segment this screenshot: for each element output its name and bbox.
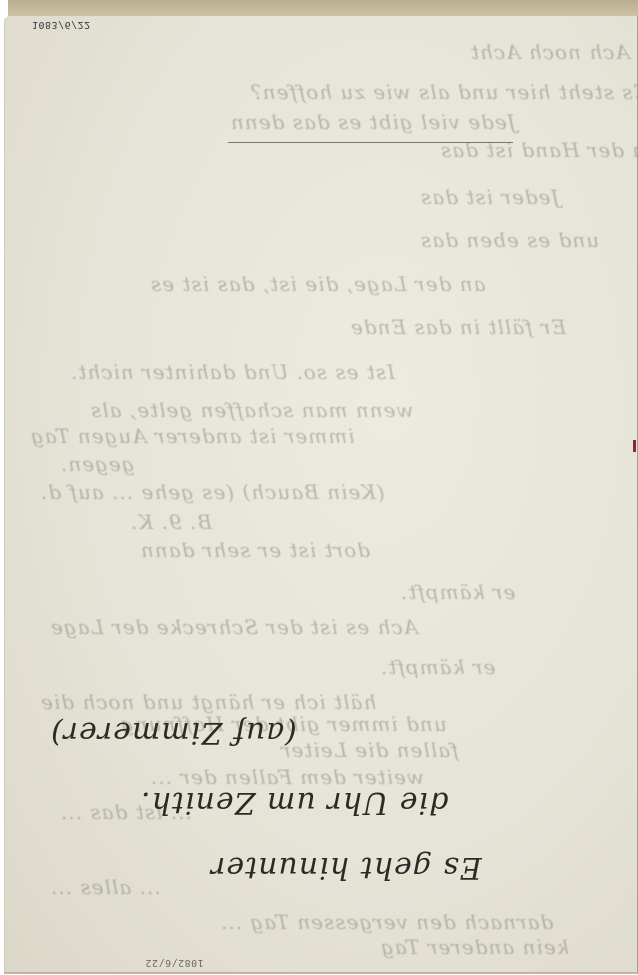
bleedthrough-line: Ach es ist der Schrecke der Lage — [50, 615, 418, 639]
strikethrough-line — [228, 142, 513, 143]
bleedthrough-line: er kämpft. — [400, 580, 515, 604]
ink-line-2: die Uhr um Zenith. — [140, 785, 448, 820]
bleedthrough-line: wenn man schaffen gelte, als — [90, 398, 414, 422]
bleedthrough-line: Es steht hier und als wie zu hoffen? — [250, 80, 638, 104]
bleedthrough-line: Ist es so. Und dahinter nicht. — [70, 360, 395, 384]
ink-line-3: (auf Zimmerer) — [50, 715, 297, 750]
bleedthrough-line: fallen die Leiter — [280, 738, 459, 762]
edge-mark — [633, 440, 636, 452]
bleedthrough-line: darnach den vergessen Tag ... — [220, 910, 553, 934]
bleedthrough-line: Jede viel gibt es das denn — [230, 110, 516, 134]
bleedthrough-line: an der Lage, die ist, das ist es — [150, 272, 486, 296]
bleedthrough-line: Ach noch Acht — [470, 40, 630, 64]
bleedthrough-line: kein anderer Tag — [380, 935, 569, 959]
bleedthrough-line: Jeder ist das — [420, 185, 559, 209]
ink-line-1: Es geht hinunter — [210, 850, 482, 885]
bleedthrough-line: (Kein Bauch) (es gehe ... auf d. — [40, 480, 385, 504]
bleedthrough-line: gegen. — [60, 452, 135, 476]
archive-number-top: 1083/6/22 — [32, 19, 91, 30]
bleedthrough-line: hält ich er hängt und noch die — [40, 690, 376, 714]
bleedthrough-line: ... alles ... — [50, 875, 161, 899]
bleedthrough-line: dort ist er sehr dann — [140, 538, 370, 562]
archive-number-bottom: 1082/6/22 — [145, 957, 204, 968]
bleedthrough-line: B. 9. K. — [130, 510, 212, 534]
bleedthrough-line: und es eben das — [420, 228, 599, 252]
bleedthrough-line: Er fällt in das Ende — [350, 315, 566, 339]
bleedthrough-line: er kämpft. — [380, 655, 495, 679]
bleedthrough-line: immer ist anderer Augen Tag — [30, 424, 355, 448]
